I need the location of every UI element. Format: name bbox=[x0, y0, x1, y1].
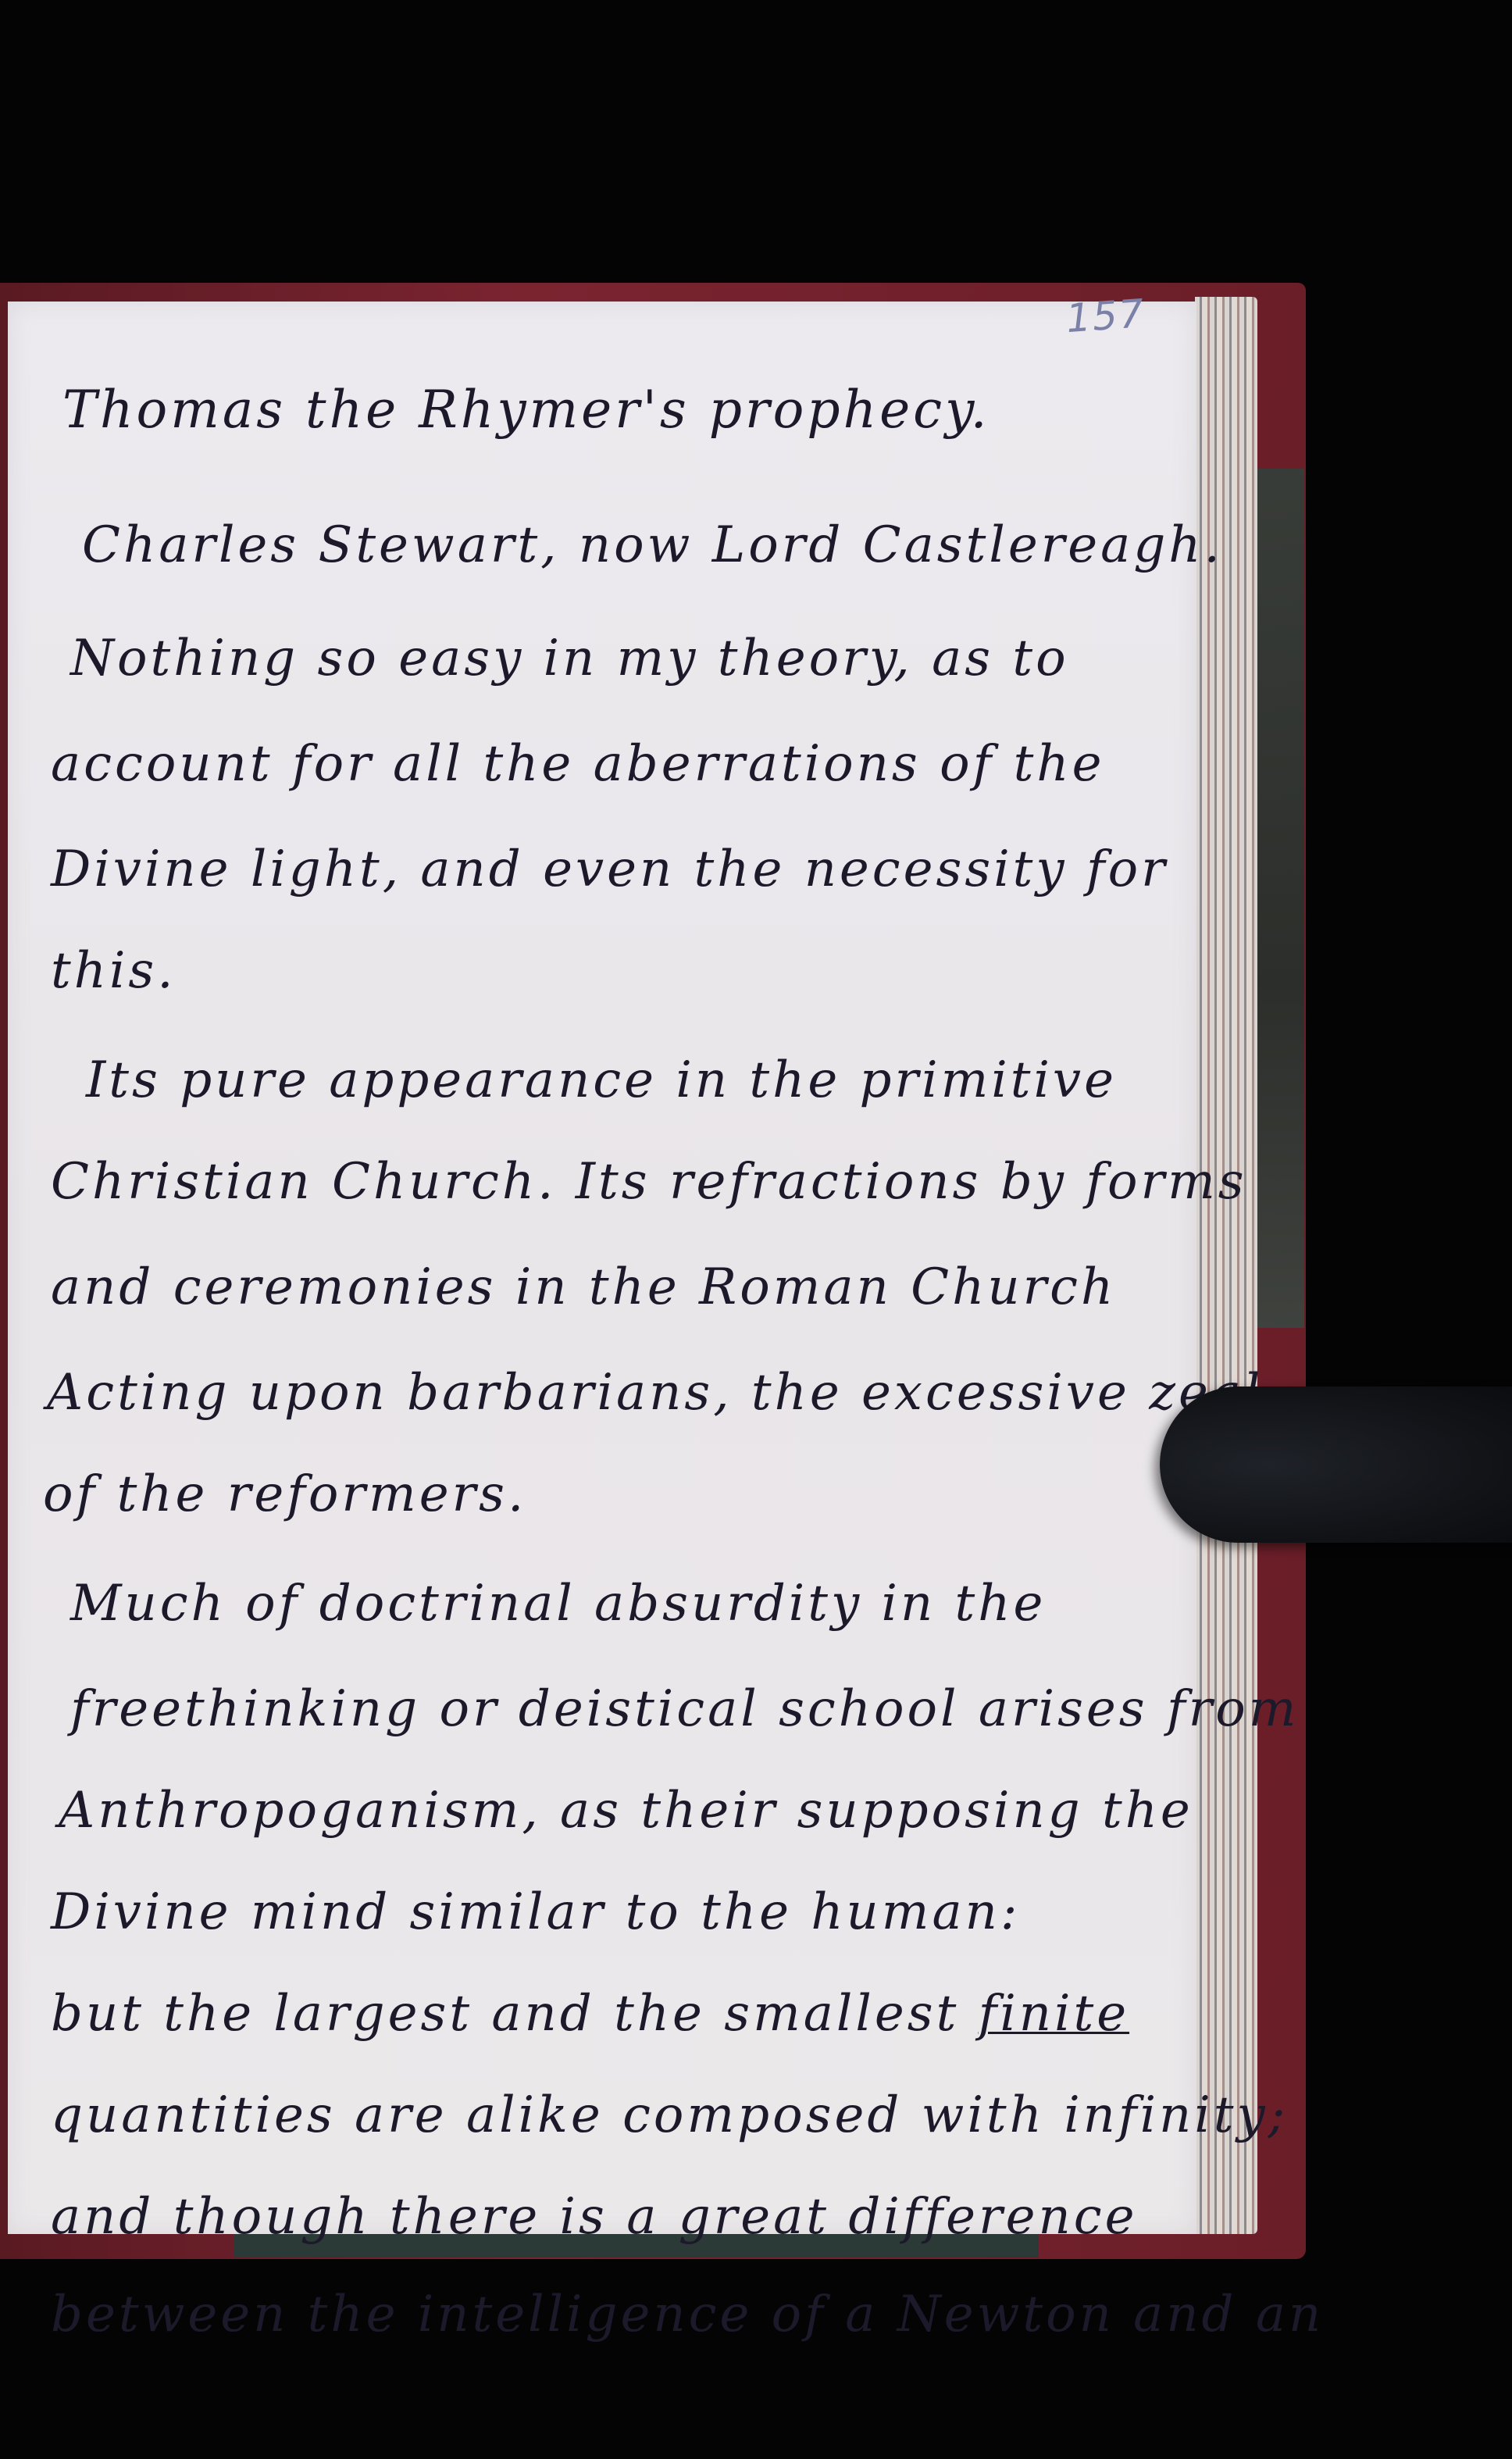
text-line-9: and ceremonies in the Roman Church bbox=[51, 1258, 1116, 1316]
text-line-4: account for all the aberrations of the bbox=[51, 735, 1104, 793]
text-line-6: this. bbox=[51, 942, 177, 1000]
text-line-7: Its pure appearance in the primitive bbox=[86, 1051, 1117, 1109]
text-line-15: Divine mind similar to the human: bbox=[51, 1883, 1020, 1941]
text-line-5: Divine light, and even the necessity for bbox=[51, 840, 1168, 898]
underlined-word: finite bbox=[979, 1985, 1129, 2043]
page-edges bbox=[1195, 297, 1257, 2234]
text-line-13: freethinking or deistical school arises … bbox=[70, 1680, 1299, 1738]
manuscript-page: Thomas the Rhymer's prophecy. Charles St… bbox=[8, 302, 1196, 2234]
text-line-14: Anthropoganism, as their supposing the bbox=[59, 1782, 1193, 1840]
gloved-finger-holding-page bbox=[1160, 1387, 1512, 1543]
cover-worn-patch bbox=[1250, 469, 1304, 1328]
text-line-1: Thomas the Rhymer's prophecy. bbox=[62, 380, 990, 440]
text-line-8: Christian Church. Its refractions by for… bbox=[51, 1153, 1247, 1211]
text-line-3: Nothing so easy in my theory, as to bbox=[70, 630, 1069, 687]
text-line-19: between the intelligence of a Newton and… bbox=[51, 2286, 1324, 2343]
text-line-10: Acting upon barbarians, the excessive ze… bbox=[47, 1364, 1282, 1422]
text-line-18: and though there is a great difference bbox=[51, 2188, 1137, 2246]
text-line-11: of the reformers. bbox=[43, 1465, 526, 1523]
text-line-16: but the largest and the smallest finite bbox=[51, 1985, 1129, 2043]
text-line-12: Much of doctrinal absurdity in the bbox=[70, 1575, 1046, 1633]
text-line-17: quantities are alike composed with infin… bbox=[51, 2086, 1288, 2144]
text-line-2: Charles Stewart, now Lord Castlereagh. bbox=[82, 516, 1223, 574]
page-number: 157 bbox=[1064, 290, 1161, 341]
